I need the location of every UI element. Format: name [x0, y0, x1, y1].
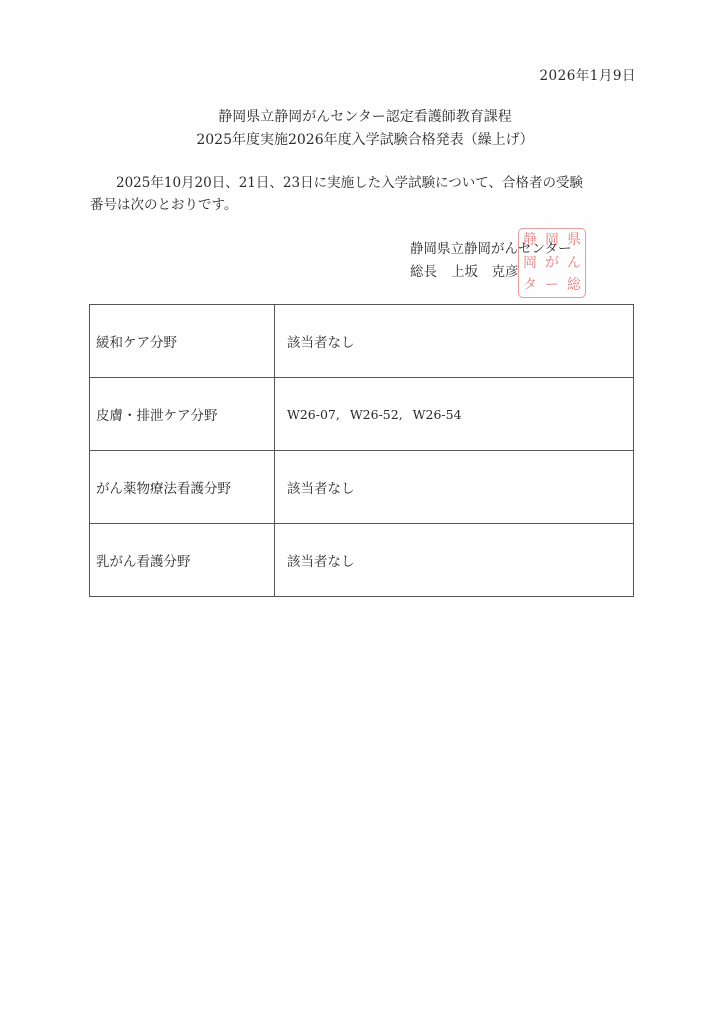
seal-char: 県 — [563, 229, 585, 252]
field-name-cell: 緩和ケア分野 — [90, 305, 275, 378]
results-table: 緩和ケア分野 該当者なし 皮膚・排泄ケア分野 W26-07, W26-52, W… — [89, 304, 634, 597]
table-row: 乳がん看護分野 該当者なし — [90, 524, 634, 597]
seal-char: ん — [563, 252, 585, 275]
issuer-name: 上坂 克彦 — [451, 264, 519, 280]
title-line-2: 2025年度実施2026年度入学試験合格発表（繰上げ） — [6, 129, 724, 152]
official-seal-stamp: 静 岡 県 岡 が ん タ ー 総 — [518, 228, 586, 298]
document-page: 2026年1月9日 静岡県立静岡がんセンター認定看護師教育課程 2025年度実施… — [0, 0, 724, 1024]
body-line-1: 2025年10月20日、21日、23日に実施した入学試験について、合格者の受験 — [90, 172, 635, 194]
seal-char: 岡 — [519, 252, 541, 275]
body-line-2: 番号は次のとおりです。 — [90, 194, 635, 216]
document-date: 2026年1月9日 — [539, 64, 636, 84]
field-name-cell: 乳がん看護分野 — [90, 524, 275, 597]
result-value-cell: 該当者なし — [275, 305, 634, 378]
result-value-cell: 該当者なし — [275, 451, 634, 524]
document-title: 静岡県立静岡がんセンター認定看護師教育課程 2025年度実施2026年度入学試験… — [0, 106, 724, 152]
issuer-position: 総長 — [410, 264, 437, 280]
seal-char: が — [541, 252, 563, 275]
seal-char: 岡 — [541, 229, 563, 252]
result-value-cell: 該当者なし — [275, 524, 634, 597]
seal-char: 総 — [563, 274, 585, 297]
title-line-1: 静岡県立静岡がんセンター認定看護師教育課程 — [6, 106, 724, 129]
field-name-cell: 皮膚・排泄ケア分野 — [90, 378, 275, 451]
body-paragraph: 2025年10月20日、21日、23日に実施した入学試験について、合格者の受験 … — [90, 172, 635, 216]
table-row: 皮膚・排泄ケア分野 W26-07, W26-52, W26-54 — [90, 378, 634, 451]
result-value-cell: W26-07, W26-52, W26-54 — [275, 378, 634, 451]
seal-char: 静 — [519, 229, 541, 252]
seal-char: ー — [541, 274, 563, 297]
seal-char: タ — [519, 274, 541, 297]
table-row: がん薬物療法看護分野 該当者なし — [90, 451, 634, 524]
field-name-cell: がん薬物療法看護分野 — [90, 451, 275, 524]
table-row: 緩和ケア分野 該当者なし — [90, 305, 634, 378]
